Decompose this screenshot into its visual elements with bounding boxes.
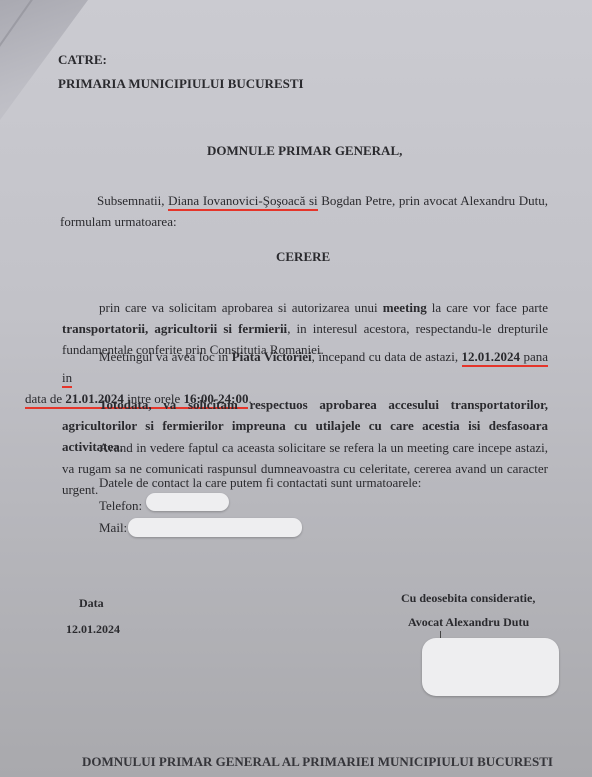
- mail-label: Mail:: [99, 520, 127, 536]
- start-date: 12.01.2024: [462, 349, 521, 364]
- redacted-mail: [128, 518, 302, 537]
- intro-paragraph: Subsemnatii, Diana Iovanovici-Şoşoacă si…: [60, 190, 548, 232]
- location-text: data de: [25, 391, 65, 406]
- date-label: Data: [79, 596, 104, 611]
- request-meeting: meeting: [383, 300, 427, 315]
- location-text: , incepand cu data de astazi,: [312, 349, 462, 364]
- date-value: 12.01.2024: [66, 622, 120, 637]
- request-text: la care vor face parte: [427, 300, 548, 315]
- recipient: PRIMARIA MUNICIPIULUI BUCURESTI: [58, 76, 304, 92]
- document-page: CATRE: PRIMARIA MUNICIPIULUI BUCURESTI D…: [0, 0, 592, 777]
- request-participants: transportatorii, agricultorii si fermier…: [62, 321, 287, 336]
- location-text: Meetingul va avea loc in: [99, 349, 232, 364]
- location-place: Piata Victoriei: [232, 349, 312, 364]
- signer: Avocat Alexandru Dutu: [408, 615, 529, 630]
- closing: Cu deosebita consideratie,: [401, 591, 535, 606]
- redacted-signature: [422, 638, 559, 696]
- document-title: CERERE: [276, 249, 330, 265]
- contact-intro: Datele de contact la care putem fi conta…: [99, 475, 421, 491]
- phone-label: Telefon:: [99, 498, 142, 514]
- highlighted-names: Diana Iovanovici-Şoşoacă si: [168, 193, 317, 211]
- recipient-label: CATRE:: [58, 52, 107, 68]
- footer-address: DOMNULUI PRIMAR GENERAL AL PRIMARIEI MUN…: [82, 754, 553, 770]
- request-text: prin care va solicitam aprobarea si auto…: [99, 300, 383, 315]
- intro-prefix: Subsemnatii,: [97, 193, 168, 208]
- salutation: DOMNULE PRIMAR GENERAL,: [207, 143, 402, 159]
- redacted-phone: [146, 493, 229, 511]
